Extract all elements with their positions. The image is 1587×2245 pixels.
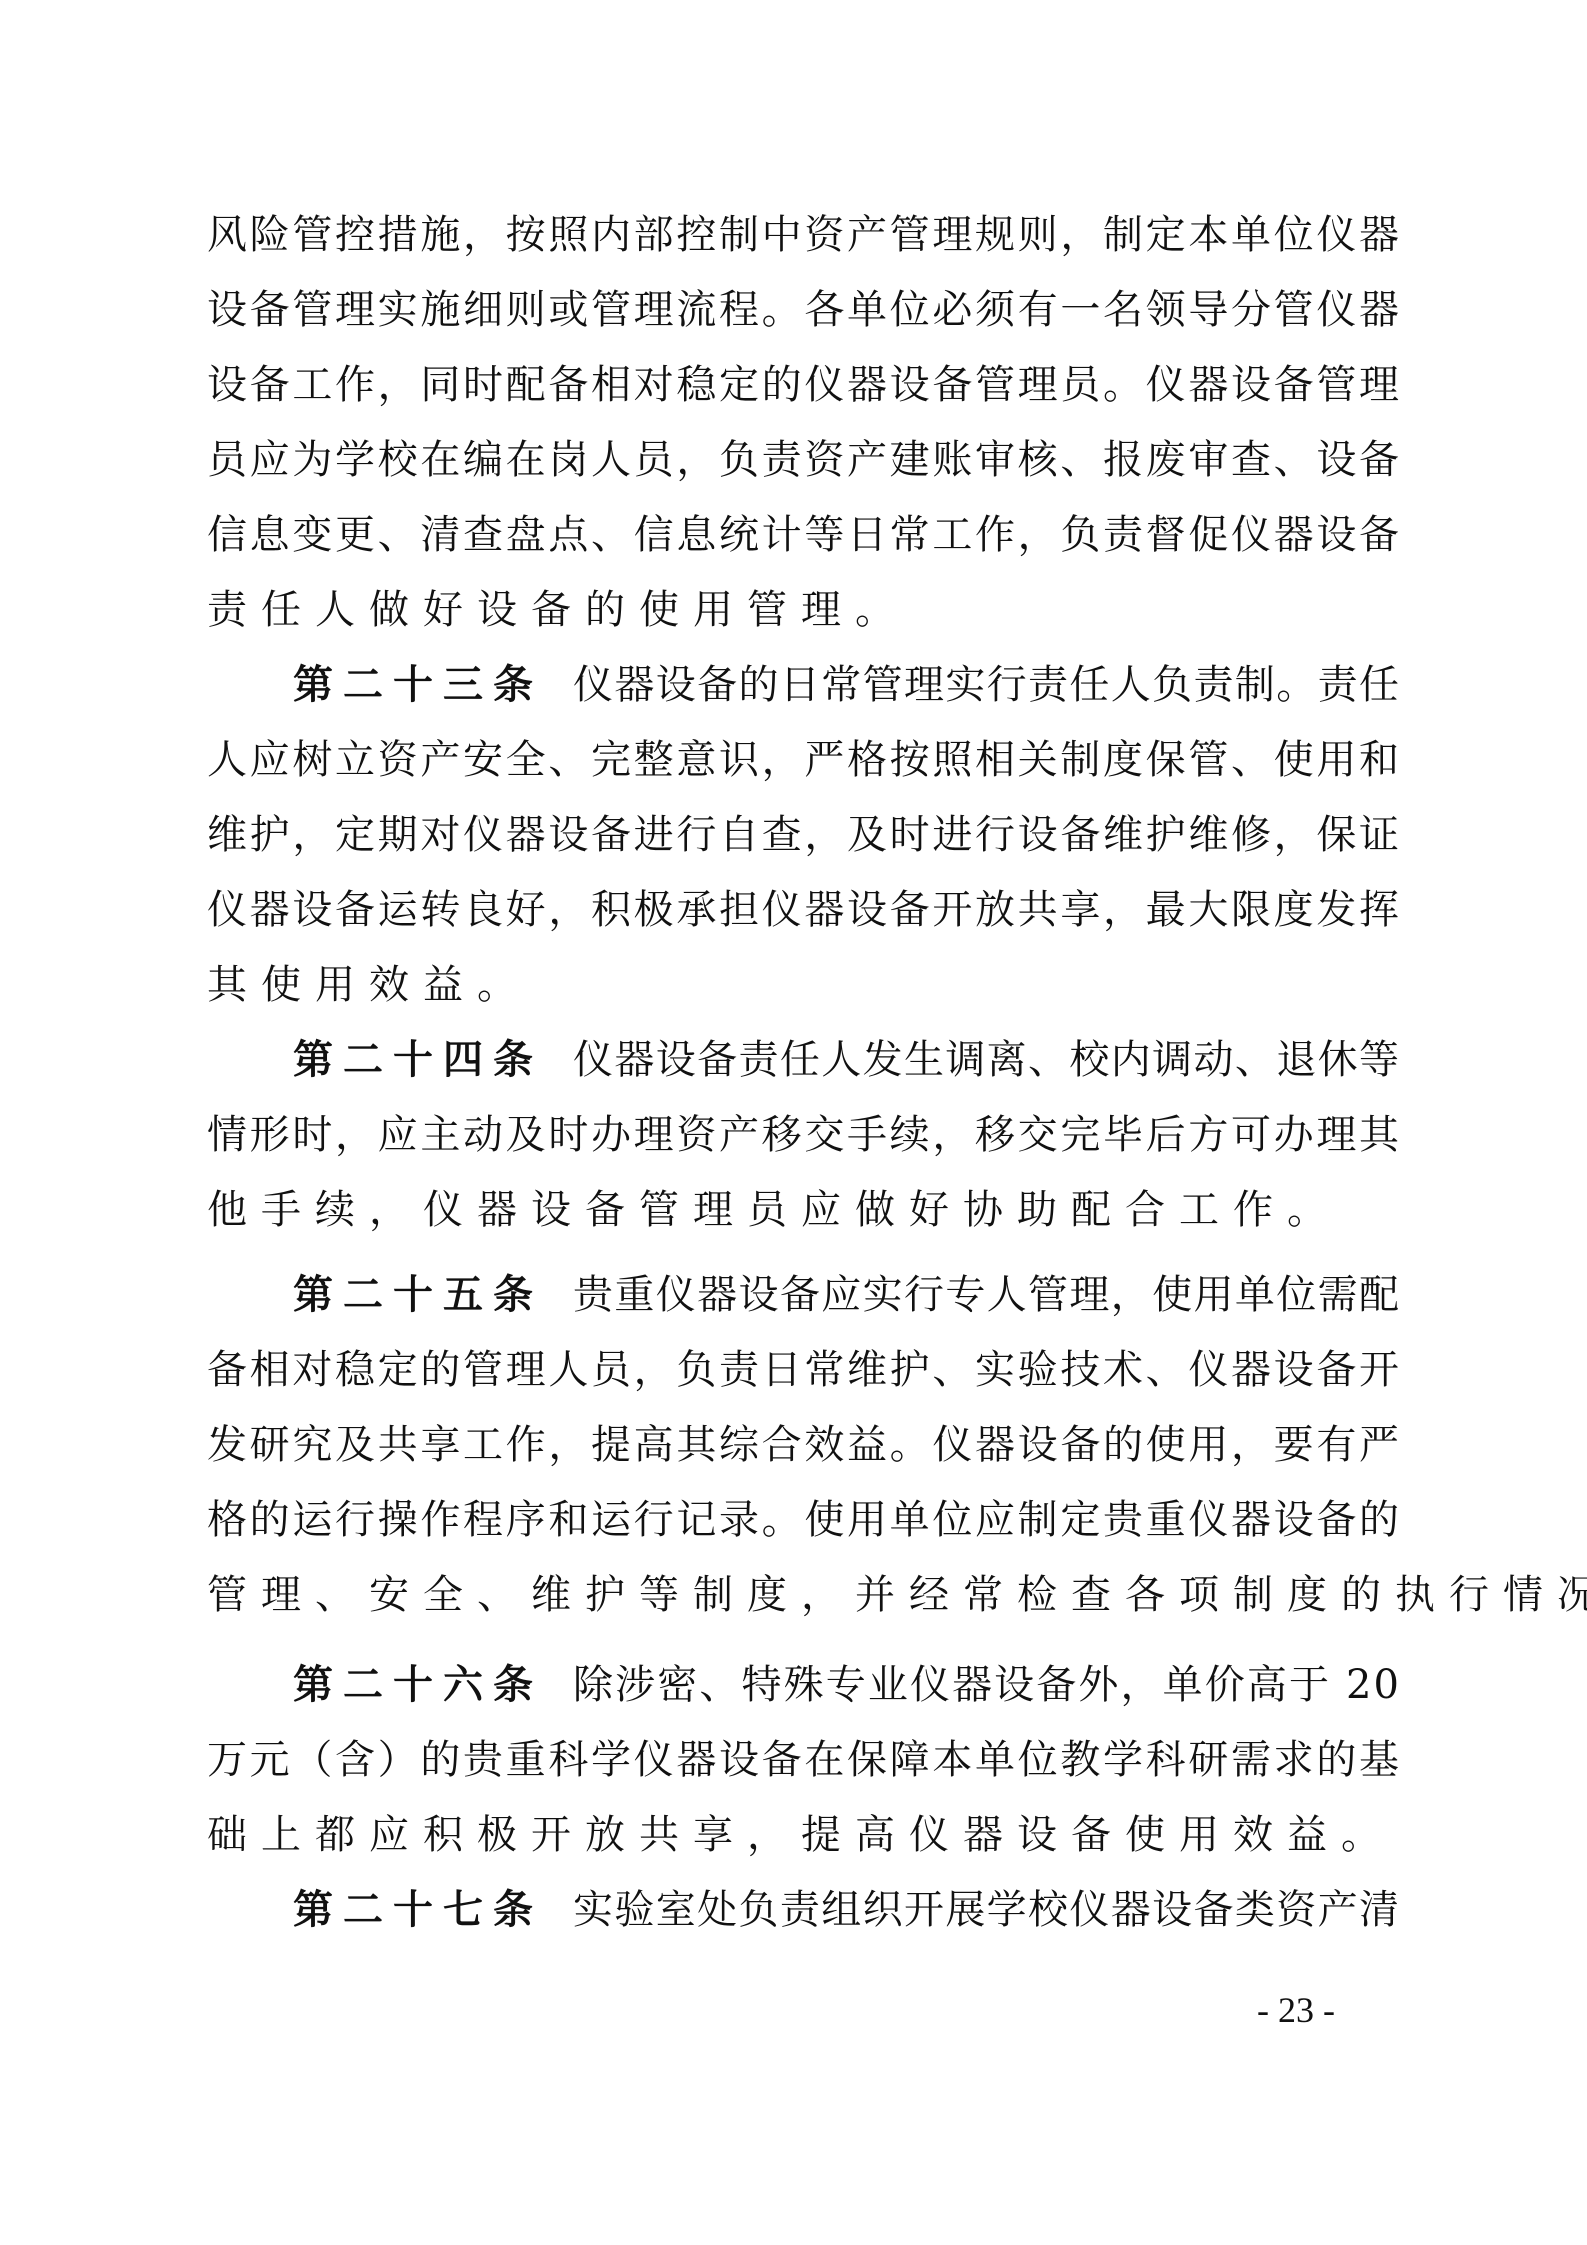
line-text: 风险管控措施，按照内部控制中资产管理规则，制定本单位仪器 <box>207 207 1402 263</box>
text-line: 础上都应积极开放共享，提高仪器设备使用效益。 <box>207 1807 1399 1863</box>
text-line: 情形时，应主动及时办理资产移交手续，移交完毕后方可办理其 <box>207 1107 1399 1163</box>
text-line: 管理、安全、维护等制度，并经常检查各项制度的执行情况。 <box>207 1567 1399 1623</box>
text-line: 人应树立资产安全、完整意识，严格按照相关制度保管、使用和 <box>207 732 1399 788</box>
text-line: 其使用效益。 <box>207 957 1399 1013</box>
line-text: 仪器设备运转良好，积极承担仪器设备开放共享，最大限度发挥 <box>207 882 1402 938</box>
text-line: 风险管控措施，按照内部控制中资产管理规则，制定本单位仪器 <box>207 207 1399 263</box>
text-line: 格的运行操作程序和运行记录。使用单位应制定贵重仪器设备的 <box>207 1492 1399 1548</box>
page-number: - 23 - <box>1236 1988 1356 2032</box>
text-line: 设备管理实施细则或管理流程。各单位必须有一名领导分管仪器 <box>207 282 1399 338</box>
text-line: 第二十五条贵重仪器设备应实行专人管理，使用单位需配 <box>207 1267 1399 1323</box>
text-line: 责任人做好设备的使用管理。 <box>207 582 1399 638</box>
line-text: 维护，定期对仪器设备进行自查，及时进行设备维护维修，保证 <box>207 807 1402 863</box>
text-line: 备相对稳定的管理人员，负责日常维护、实验技术、仪器设备开 <box>207 1342 1399 1398</box>
line-text: 人应树立资产安全、完整意识，严格按照相关制度保管、使用和 <box>207 732 1402 788</box>
article-heading: 第二十四条 <box>293 1032 543 1088</box>
line-text: 除涉密、特殊专业仪器设备外，单价高于 20 <box>573 1657 1401 1713</box>
text-line: 员应为学校在编在岗人员，负责资产建账审核、报废审查、设备 <box>207 432 1399 488</box>
text-line: 仪器设备运转良好，积极承担仪器设备开放共享，最大限度发挥 <box>207 882 1399 938</box>
text-line: 第二十六条除涉密、特殊专业仪器设备外，单价高于 20 <box>207 1657 1399 1713</box>
line-text: 仪器设备责任人发生调离、校内调动、退休等 <box>573 1032 1400 1088</box>
line-text: 责任人做好设备的使用管理。 <box>207 582 909 638</box>
line-text: 础上都应积极开放共享，提高仪器设备使用效益。 <box>207 1807 1395 1863</box>
text-line: 万元（含）的贵重科学仪器设备在保障本单位教学科研需求的基 <box>207 1732 1399 1788</box>
line-text: 其使用效益。 <box>207 957 531 1013</box>
line-text: 情形时，应主动及时办理资产移交手续，移交完毕后方可办理其 <box>207 1107 1402 1163</box>
line-text: 格的运行操作程序和运行记录。使用单位应制定贵重仪器设备的 <box>207 1492 1402 1548</box>
line-text: 设备工作，同时配备相对稳定的仪器设备管理员。仪器设备管理 <box>207 357 1402 413</box>
line-text: 仪器设备的日常管理实行责任人负责制。责任 <box>573 657 1400 713</box>
line-text: 发研究及共享工作，提高其综合效益。仪器设备的使用，要有严 <box>207 1417 1402 1473</box>
text-line: 第二十七条实验室处负责组织开展学校仪器设备类资产清 <box>207 1882 1399 1938</box>
line-text: 管理、安全、维护等制度，并经常检查各项制度的执行情况。 <box>207 1567 1587 1623</box>
line-text: 员应为学校在编在岗人员，负责资产建账审核、报废审查、设备 <box>207 432 1402 488</box>
text-line: 第二十三条仪器设备的日常管理实行责任人负责制。责任 <box>207 657 1399 713</box>
text-line: 第二十四条仪器设备责任人发生调离、校内调动、退休等 <box>207 1032 1399 1088</box>
article-heading: 第二十六条 <box>293 1657 543 1713</box>
line-text: 备相对稳定的管理人员，负责日常维护、实验技术、仪器设备开 <box>207 1342 1402 1398</box>
line-text: 万元（含）的贵重科学仪器设备在保障本单位教学科研需求的基 <box>207 1732 1402 1788</box>
article-heading: 第二十五条 <box>293 1267 543 1323</box>
line-text: 信息变更、清查盘点、信息统计等日常工作，负责督促仪器设备 <box>207 507 1402 563</box>
text-line: 他手续，仪器设备管理员应做好协助配合工作。 <box>207 1182 1399 1238</box>
line-text: 设备管理实施细则或管理流程。各单位必须有一名领导分管仪器 <box>207 282 1402 338</box>
text-line: 维护，定期对仪器设备进行自查，及时进行设备维护维修，保证 <box>207 807 1399 863</box>
line-text: 实验室处负责组织开展学校仪器设备类资产清 <box>573 1882 1400 1938</box>
line-text: 他手续，仪器设备管理员应做好协助配合工作。 <box>207 1182 1341 1238</box>
text-line: 发研究及共享工作，提高其综合效益。仪器设备的使用，要有严 <box>207 1417 1399 1473</box>
article-heading: 第二十七条 <box>293 1882 543 1938</box>
line-text: 贵重仪器设备应实行专人管理，使用单位需配 <box>573 1267 1400 1323</box>
text-line: 信息变更、清查盘点、信息统计等日常工作，负责督促仪器设备 <box>207 507 1399 563</box>
article-heading: 第二十三条 <box>293 657 543 713</box>
text-line: 设备工作，同时配备相对稳定的仪器设备管理员。仪器设备管理 <box>207 357 1399 413</box>
document-page: 风险管控措施，按照内部控制中资产管理规则，制定本单位仪器设备管理实施细则或管理流… <box>0 0 1587 2245</box>
